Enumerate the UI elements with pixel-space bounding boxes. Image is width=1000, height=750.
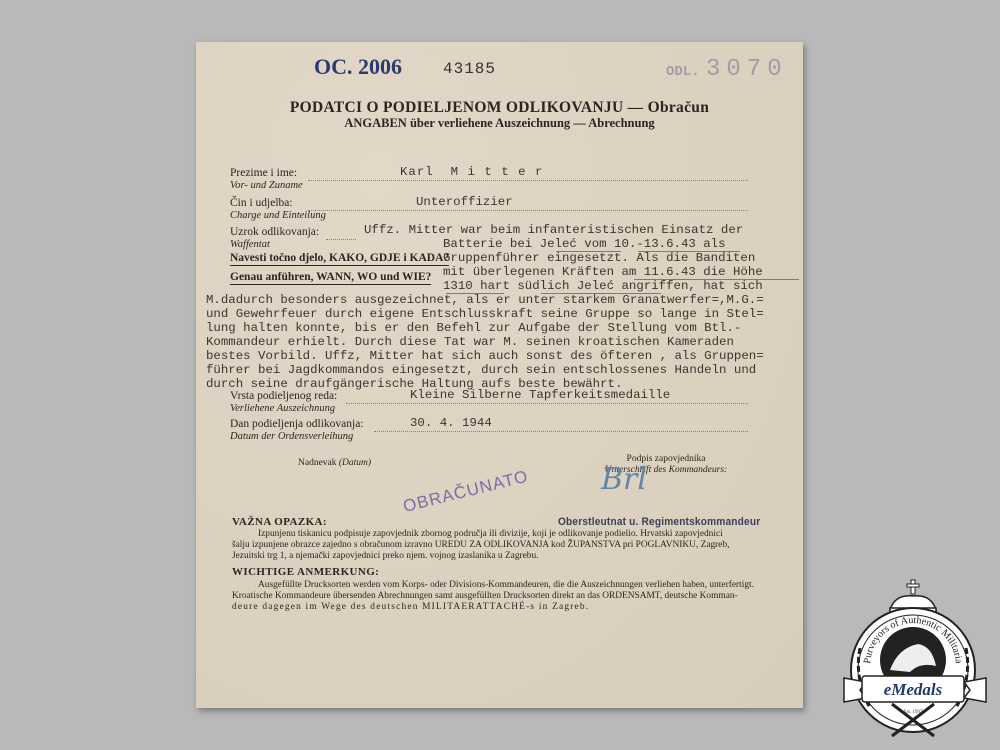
award-dotted-line [346,403,748,404]
name-label-german: Vor- und Zuname [230,180,303,192]
citation-line-9: Kommandeur erhielt. Durch diese Tat war … [206,336,734,350]
citation-line-6: M.dadurch besonders ausgezeichnet, als e… [206,294,764,308]
award-value: Kleine Silberne Tapferkeitsmedaille [410,389,670,403]
citation-line-1: Uffz. Mitter war beim infanteristischen … [364,224,743,238]
name-dotted-line [308,180,748,181]
ink-underline [446,293,504,294]
citation-line-8: lung halten konnte, bis er den Befehl zu… [206,322,741,336]
ink-underline [638,251,740,252]
citation-line-10: bestes Vorbild. Uffz, Mitter hat sich au… [206,350,764,364]
award-label: Vrsta podieljenog reda: [230,390,337,403]
ink-underline [556,251,621,252]
document-sheet: OC. 2006 43185 ODL. 3070 PODATCI O PODIE… [196,42,803,708]
award-date-value: 30. 4. 1944 [410,417,492,431]
faded-ref-number-stamp: 3070 [706,56,788,83]
note-german-line-1: Ausgefüllte Drucksorten werden vom Korps… [258,580,754,592]
faded-ref-prefix-stamp: ODL. [666,64,700,80]
citation-line-4: mit überlegenen Kräften am 11.6.43 die H… [443,266,763,280]
date-label: Nadnevak (Datum) [298,458,371,468]
rank-dotted-line [308,210,748,211]
award-date-dotted-line [374,431,748,432]
citation-line-11: führer bei Jagdkommandos eingesetzt, dur… [206,364,756,378]
note-croatian-line-1: Izpunjenu tiskanicu podpisuje zapovjedni… [258,529,723,541]
watermark-brand: eMedals [884,680,943,699]
citation-line-2: Batterie bei Jeleć vom 10.-13.6.43 als [443,238,726,252]
reason-label: Uzrok odlikovanja: [230,226,319,239]
emedals-watermark-logo: Purveyors of Authentic Militaria eMedals… [840,578,990,743]
reason-dotted-line [326,239,356,240]
form-title-german: ANGABEN über verliehene Auszeichnung — A… [196,116,803,131]
instruction-croatian: Navesti točno djelo, KAKO, GDJE i KADA? [230,252,449,266]
note-heading-german: WICHTIGE ANMERKUNG: [232,566,379,578]
ink-underline [541,293,661,294]
reason-label-german: Waffentat [230,239,270,251]
citation-line-7: und Gewehrfeuer durch eigene Entschlussk… [206,308,764,322]
form-title-croatian: PODATCI O PODIELJENOM ODLIKOVANJU — Obra… [196,99,803,117]
date-label-croatian: Nadnevak [298,458,337,468]
commander-rank-stamp: Oberstleutnat u. Regimentskommandeur [558,516,760,528]
instruction-german: Genau anführen, WANN, WO und WIE? [230,271,431,285]
name-label: Prezime i ime: [230,167,297,180]
document-number: 43185 [443,60,496,78]
award-label-german: Verliehene Auszeichnung [230,403,335,415]
award-date-label: Dan podieljenja odlikovanja: [230,418,364,431]
rank-label: Čin i udjelba: [230,197,293,210]
note-croatian-line-2: šalju izpunjene obrazce zajedno s obraču… [232,540,729,552]
award-date-label-german: Datum der Ordensverleihung [230,431,353,443]
date-label-german: (Datum) [339,458,371,468]
note-german-line-3: deure dagegen im Wege des deutschen MILI… [232,602,589,614]
obracunato-stamp: OBRAČUNATO [401,467,530,517]
rank-label-german: Charge und Einteilung [230,210,326,222]
citation-line-5: 1310 hart südlich Jeleć angriffen, hat s… [443,280,763,294]
emedals-badge-icon: Purveyors of Authentic Militaria eMedals… [840,578,990,743]
note-heading-croatian: VAŽNA OPAZKA: [232,516,327,528]
commander-signature: Brl [601,462,647,497]
file-reference-stamp: OC. 2006 [314,54,402,80]
rank-value: Unteroffizier [416,196,513,210]
name-value: Karl M i t t e r [400,166,543,180]
note-croatian-line-3: Jezuitski trg 1, a njemački zapovjednici… [232,551,539,563]
note-german-line-2: Kroatische Kommandeure übersenden Abrech… [232,591,738,603]
citation-line-3: Gruppenführer eingesetzt. Als die Bandit… [443,252,755,266]
ink-underline [634,279,799,280]
